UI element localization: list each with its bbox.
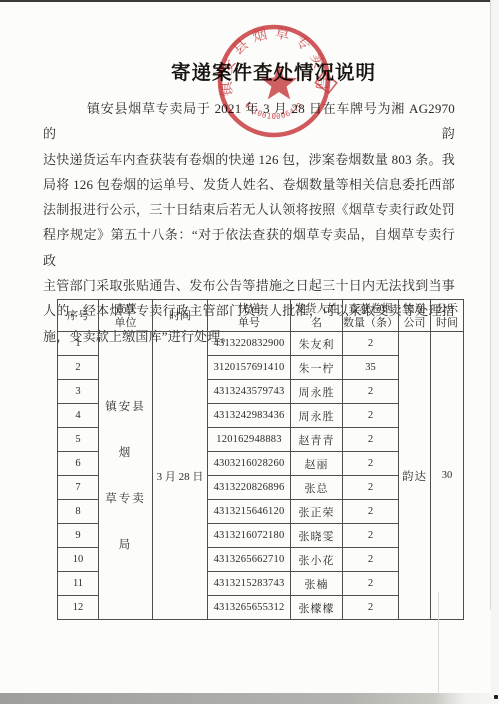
cell-seq: 12 (58, 596, 99, 620)
scan-top-edge (0, 0, 499, 2)
cell-tracking: 4313265662710 (208, 548, 291, 572)
scan-right-margin (491, 0, 499, 704)
cell-tracking: 4303216028260 (208, 452, 291, 476)
paragraph-line: 程序规定》第五十八条：“对于依法查获的烟草专卖品，自烟草专卖行政 (43, 222, 455, 273)
paragraph-line: 局将 126 包卷烟的运单号、发货人姓名、卷烟数量等相关信息委托西部 (43, 172, 455, 197)
cell-qty: 2 (343, 476, 399, 500)
cell-sender: 周永胜 (291, 404, 343, 428)
cell-qty: 2 (343, 596, 399, 620)
cell-qty: 35 (343, 356, 399, 380)
col-header-time: 时间 (153, 300, 208, 332)
cell-tracking: 4313243579743 (208, 380, 291, 404)
table-header-row: 序号 查获 单位 时间 快递 单号 发货人姓 名 查获卷烟 数量（条） 快递 公… (58, 300, 464, 332)
cell-tracking: 120162948883 (208, 428, 291, 452)
cell-seq: 2 (58, 356, 99, 380)
cell-qty: 2 (343, 548, 399, 572)
scan-bottom-shadow (0, 693, 499, 704)
paragraph-line: 主管部门采取张贴通告、发布公告等措施之日起三十日内无法找到当事 (43, 273, 455, 298)
cell-seq: 6 (58, 452, 99, 476)
cell-sender: 张楠 (291, 572, 343, 596)
cell-qty: 2 (343, 380, 399, 404)
cell-sender: 张总 (291, 476, 343, 500)
scan-right-edge-line (490, 0, 491, 610)
scanned-page: 寄递案件查处情况说明 镇安县烟草专卖局于 2021 年 3 月 28 日在车牌号… (0, 0, 499, 704)
cell-sender: 朱友利 (291, 332, 343, 356)
cell-courier-merged: 韵达 (399, 332, 431, 620)
cell-seq: 9 (58, 524, 99, 548)
cell-seq: 3 (58, 380, 99, 404)
col-header-sender: 发货人姓 名 (291, 300, 343, 332)
cell-sender: 张檬檬 (291, 596, 343, 620)
cell-tracking: 4313216072180 (208, 524, 291, 548)
paragraph-line: 达快递货运车内查获装有卷烟的快递 126 包，涉案卷烟数量 803 条。我 (43, 147, 455, 172)
col-header-qty: 查获卷烟 数量（条） (343, 300, 399, 332)
seal-star-icon (261, 65, 297, 99)
cell-qty: 2 (343, 428, 399, 452)
cell-qty: 2 (343, 500, 399, 524)
scan-crease-line (438, 592, 439, 704)
seal-number: 6110010006479 (243, 100, 305, 121)
col-header-publicity: 公示 时间 (431, 300, 464, 332)
cell-qty: 2 (343, 572, 399, 596)
cell-seq: 1 (58, 332, 99, 356)
col-header-unit: 查获 单位 (99, 300, 153, 332)
case-table: 序号 查获 单位 时间 快递 单号 发货人姓 名 查获卷烟 数量（条） 快递 公… (57, 299, 464, 620)
cell-tracking: 4313265655312 (208, 596, 291, 620)
col-header-courier: 快递 公司 (399, 300, 431, 332)
cell-sender: 周永胜 (291, 380, 343, 404)
cell-tracking: 4313215283743 (208, 572, 291, 596)
cell-sender: 张小花 (291, 548, 343, 572)
official-seal: 镇安县烟草专卖局 6110010006479 (202, 18, 346, 148)
cell-qty: 2 (343, 332, 399, 356)
cell-sender: 张正荣 (291, 500, 343, 524)
cell-qty: 2 (343, 404, 399, 428)
cell-seq: 10 (58, 548, 99, 572)
scan-speck (494, 695, 498, 699)
cell-tracking: 4313215646120 (208, 500, 291, 524)
cell-sender: 赵丽 (291, 452, 343, 476)
cell-unit-merged: 镇安县烟 草专卖局 (99, 332, 153, 620)
col-header-seq: 序号 (58, 300, 99, 332)
cell-seq: 4 (58, 404, 99, 428)
cell-date-merged: 3 月 28 日 (153, 332, 208, 620)
cell-sender: 朱一柠 (291, 356, 343, 380)
cell-sender: 赵青青 (291, 428, 343, 452)
cell-seq: 8 (58, 500, 99, 524)
cell-seq: 5 (58, 428, 99, 452)
cell-sender: 张晓雯 (291, 524, 343, 548)
cell-tracking: 4313220832900 (208, 332, 291, 356)
cell-tracking: 4313242983436 (208, 404, 291, 428)
cell-seq: 7 (58, 476, 99, 500)
cell-tracking: 3120157691410 (208, 356, 291, 380)
col-header-tracking: 快递 单号 (208, 300, 291, 332)
cell-qty: 2 (343, 452, 399, 476)
cell-seq: 11 (58, 572, 99, 596)
table-row: 1 镇安县烟 草专卖局 3 月 28 日 4313220832900 朱友利 2… (58, 332, 464, 356)
cell-tracking: 4313220826896 (208, 476, 291, 500)
cell-publicity-merged: 30 (431, 332, 464, 620)
paragraph-line: 法制报进行公示，三十日结束后若无人认领将按照《烟草专卖行政处罚 (43, 197, 455, 222)
cell-qty: 2 (343, 524, 399, 548)
